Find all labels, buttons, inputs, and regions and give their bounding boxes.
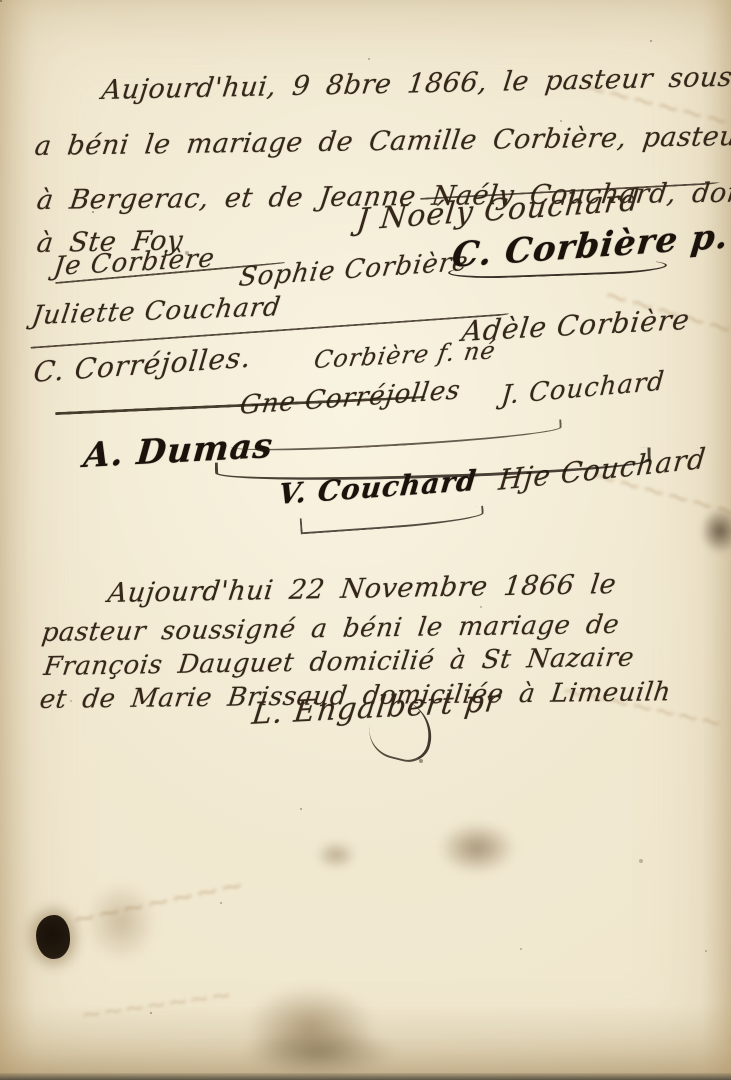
- pen-flourish: [300, 506, 485, 535]
- paper-stain: [316, 842, 356, 868]
- paper-speckles: [0, 0, 2, 2]
- paper-stain: [244, 1028, 394, 1076]
- paper-stain: [438, 822, 516, 874]
- paper-stain: [246, 986, 376, 1066]
- pen-flourish: [230, 419, 562, 454]
- signature: J. Couchard: [500, 366, 666, 411]
- paper-stain: [86, 882, 156, 962]
- entry-line: Aujourd'hui, 9 8bre 1866, le pasteur sou…: [100, 60, 731, 106]
- signature: C. Corréjolles.: [32, 340, 253, 389]
- ink-blot: [36, 915, 70, 959]
- signature: Gne Corréjolles: [238, 375, 463, 421]
- bleedthrough-mark: ~~~~~~~: [64, 868, 252, 937]
- entry-line: a béni le mariage de Camille Corbière, p…: [33, 119, 731, 162]
- signature: Sophie Corbière: [237, 247, 471, 293]
- entry-line: Aujourd'hui 22 Novembre 1866 le: [106, 569, 618, 609]
- signature: Juliette Couchard: [30, 292, 283, 331]
- register-page: ~~~~~~~ ~~~~~~~ ~~~~~~~ ~~~~~~~ ~~~~~~~ …: [0, 0, 731, 1080]
- paper-stain: [700, 508, 731, 554]
- entry-line: pasteur soussigné a béni le mariage de: [40, 610, 621, 648]
- signature: Corbière f. né: [312, 336, 498, 374]
- signature: V. Couchard: [277, 464, 479, 511]
- page-bottom-edge: [0, 1073, 731, 1080]
- signature: A. Dumas: [82, 426, 275, 476]
- bleedthrough-mark: ~~~~~~~: [75, 980, 237, 1030]
- entry-line: François Dauguet domicilié à St Nazaire: [42, 643, 636, 682]
- signature: Hje Couchard: [497, 442, 708, 497]
